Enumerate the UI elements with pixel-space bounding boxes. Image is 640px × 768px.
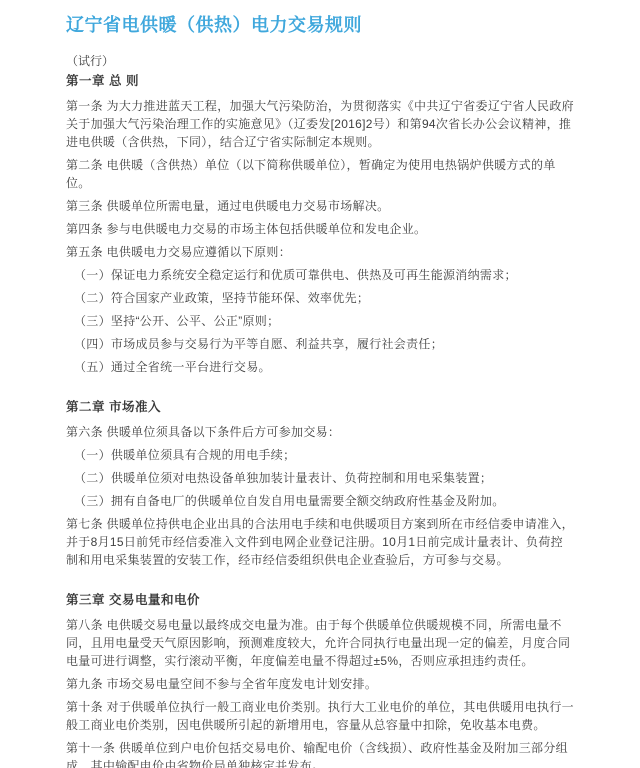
document-page: 辽宁省电供暖（供热）电力交易规则 （试行） 第一章 总 则 第一条 为大力推进蓝… [0,0,640,768]
article-paragraph: 第六条 供暖单位须具备以下条件后方可参加交易： [66,423,574,441]
chapter-heading: 第二章 市场准入 [66,398,574,416]
article-paragraph: 第五条 电供暖电力交易应遵循以下原则： [66,243,574,261]
list-item-paragraph: （一）保证电力系统安全稳定运行和优质可靠供电、供热及可再生能源消纳需求； [66,266,574,284]
chapter-heading: 第三章 交易电量和电价 [66,591,574,609]
article-paragraph: 第七条 供暖单位持供电企业出具的合法用电手续和电供暖项目方案到所在市经信委申请准… [66,515,574,569]
article-paragraph: 第四条 参与电供暖电力交易的市场主体包括供暖单位和发电企业。 [66,220,574,238]
document-subtitle: （试行） [66,52,574,70]
chapter-2-market-access: 第二章 市场准入 第六条 供暖单位须具备以下条件后方可参加交易： （一）供暖单位… [66,398,574,569]
document-title: 辽宁省电供暖（供热）电力交易规则 [66,13,574,38]
chapter-heading: 第一章 总 则 [66,72,574,90]
chapter-1-general-provisions: 第一章 总 则 第一条 为大力推进蓝天工程，加强大气污染防治，为贯彻落实《中共辽… [66,72,574,376]
list-item-paragraph: （三）坚持“公开、公平、公正”原则； [66,312,574,330]
list-item-paragraph: （三）拥有自备电厂的供暖单位自发自用电量需要全额交纳政府性基金及附加。 [66,492,574,510]
chapter-3-trade-volume-and-price: 第三章 交易电量和电价 第八条 电供暖交易电量以最终成交电量为准。由于每个供暖单… [66,591,574,768]
article-paragraph: 第九条 市场交易电量空间不参与全省年度发电计划安排。 [66,675,574,693]
list-item-paragraph: （四）市场成员参与交易行为平等自愿、利益共享，履行社会责任； [66,335,574,353]
article-paragraph: 第三条 供暖单位所需电量，通过电供暖电力交易市场解决。 [66,197,574,215]
list-item-paragraph: （五）通过全省统一平台进行交易。 [66,358,574,376]
article-paragraph: 第二条 电供暖（含供热）单位（以下简称供暖单位），暂确定为使用电热锅炉供暖方式的… [66,156,574,192]
list-item-paragraph: （二）供暖单位须对电热设备单独加装计量表计、负荷控制和用电采集装置； [66,469,574,487]
list-item-paragraph: （一）供暖单位须具有合规的用电手续； [66,446,574,464]
article-paragraph: 第一条 为大力推进蓝天工程，加强大气污染防治，为贯彻落实《中共辽宁省委辽宁省人民… [66,97,574,151]
article-paragraph: 第十一条 供暖单位到户电价包括交易电价、输配电价（含线损）、政府性基金及附加三部… [66,739,574,768]
list-item-paragraph: （二）符合国家产业政策，坚持节能环保、效率优先； [66,289,574,307]
article-paragraph: 第八条 电供暖交易电量以最终成交电量为准。由于每个供暖单位供暖规模不同，所需电量… [66,616,574,670]
article-paragraph: 第十条 对于供暖单位执行一般工商业电价类别。执行大工业电价的单位，其电供暖用电执… [66,698,574,734]
